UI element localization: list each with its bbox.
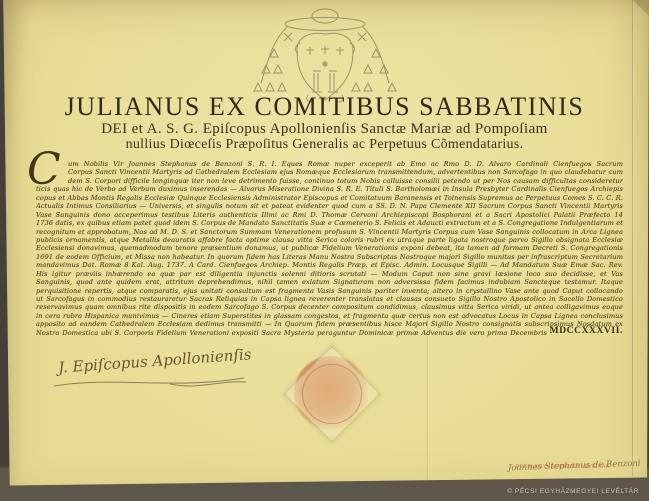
- body-line: Sanguinis, quod ante quidem erat, attrit…: [36, 278, 623, 286]
- shield-star-icon: [322, 61, 328, 67]
- wax-seal-ring-icon: [302, 364, 362, 424]
- body-text: um Nobilis Vir Joannes Stephanus de Benz…: [36, 160, 623, 337]
- document-subtitle-2: nullius Diœceſis Præpoſitus Generalis ac…: [0, 137, 649, 153]
- galero-cord-right-icon: [362, 26, 389, 83]
- body-line: Nostra Domestica ubi S. Corporis Fideliu…: [36, 329, 623, 337]
- wax-seal: [272, 346, 390, 440]
- body-line: 1691 de eodem Officium, et Missa non hab…: [36, 253, 623, 261]
- parchment-document: JULIANUS EX COMITIBUS SABBATINIS DEI et …: [0, 0, 649, 501]
- body-line: dem S. Corpori difficile longinquæ iter …: [36, 177, 623, 185]
- body-line: in cera rubra Hispanica munivimus — Cine…: [36, 312, 623, 320]
- parchment-crease: [632, 0, 633, 476]
- body-line: reservavimus quam omnibus rite dispositi…: [36, 303, 623, 311]
- photo-credit: © PÉCSI EGYHÁZMEGYEI LEVÉLTÁR: [507, 488, 639, 495]
- shield-crosses-icon: [306, 46, 344, 55]
- archive-watermark: PÉCSI EGYHÁZMEGYEI LEVÉLTÁR: [516, 464, 610, 470]
- body-line: Ecclesiensi donavimus, quemadmodum tenor…: [36, 244, 623, 252]
- galero-brim-icon: [285, 18, 365, 31]
- body-line: ticis quas hic de Verbo ad Verbum duximu…: [36, 185, 623, 193]
- galero-cord-left-icon: [261, 26, 288, 83]
- body-line: copus et Abbas Montis Regalis Ecclesiæ Q…: [36, 194, 623, 202]
- marginal-annotation: Joannes Stephanus de Benzoni PÉCSI EGYHÁ…: [508, 455, 643, 481]
- body-line: Vase Sanguinis dono acceperimus testibus…: [36, 211, 623, 219]
- body-line: um Nobilis Vir Joannes Stephanus de Benz…: [36, 160, 623, 168]
- body-line: publicis ornamentis, atque Metallis deau…: [36, 236, 623, 244]
- document-title: JULIANUS EX COMITIBUS SABBATINIS: [0, 92, 649, 122]
- parchment-crease: [427, 290, 428, 480]
- body-line: recognitum et approbatum, Nos ad M. D. S…: [36, 228, 623, 236]
- body-line: Actualis Intimus Consiliarius — Universi…: [36, 202, 623, 210]
- corner-fold: [633, 0, 649, 16]
- galero-crown-icon: [312, 9, 338, 23]
- document-subtitle-1: DEI et A. S. G. Epiſcopus Apollonienſis …: [0, 121, 649, 138]
- tassels-right-icon: [352, 49, 396, 91]
- signature-flourish-icon: [50, 372, 250, 392]
- body-line: ut Sarcofagus in commodius restauraretur…: [36, 295, 623, 303]
- body-line: His igitur præviis inhærendo ea quæ par …: [36, 270, 623, 278]
- body-line: Corpus Sancti Vincentii Martyris ad Cath…: [36, 168, 623, 176]
- shield-columns-icon: [312, 71, 338, 92]
- coat-of-arms: [240, 3, 410, 106]
- body-line: 1736 datis, ex quibus etiam patet quod i…: [36, 219, 623, 227]
- body-line: apposito ad eandem Cathedralem Ecclesiam…: [36, 320, 623, 328]
- body-line: perquisitione repertis, atque comparatis…: [36, 287, 623, 295]
- photograph: JULIANUS EX COMITIBUS SABBATINIS DEI et …: [0, 0, 649, 501]
- document-date-year: MDCCXXXVII.: [550, 326, 623, 336]
- body-line: mandavimus Dat. Romæ 8 Kal. Aug. 1737. A…: [36, 261, 623, 269]
